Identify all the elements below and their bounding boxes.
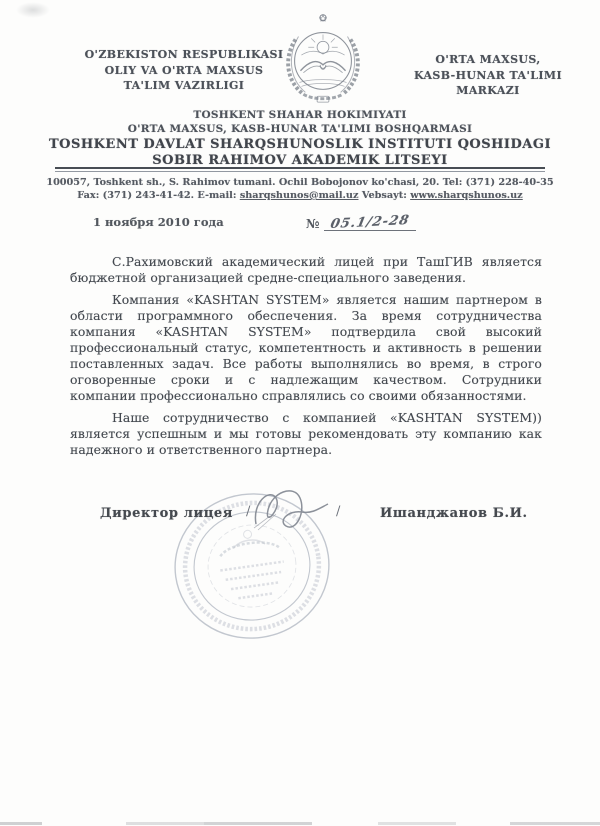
fax-label: Fax: (371) 243-41-42. E-mail: [77,190,240,201]
letter-number: №05.1/2-28 [306,214,416,231]
paragraph: С.Рахимовский академический лицей при Та… [70,254,542,286]
scan-edge-artifact [0,822,600,825]
org-line: OLIY VA O'RTA MAXSUS [58,63,310,79]
institute-name: TOSHKENT DAVLAT SHARQSHUNOSLIK INSTITUTI… [0,137,600,168]
center-name-right: O'RTA MAXSUS, KASB-HUNAR TA'LIMI MARKAZI [383,52,593,99]
org-line: MARKAZI [383,83,593,99]
ministry-name-left: O'ZBEKISTON RESPUBLIKASI OLIY VA O'RTA M… [58,47,310,94]
paragraph: Наше сотрудничество с компанией «KASHTAN… [70,410,542,458]
org-line: TA'LIM VAZIRLIGI [58,78,310,94]
letter-body: С.Рахимовский академический лицей при Та… [70,254,542,464]
number-label: № [306,216,320,231]
scanned-letter-page: O'ZBEKISTON RESPUBLIKASI OLIY VA O'RTA M… [0,0,600,826]
address-line-1: 100057, Toshkent sh., S. Rahimov tumani.… [0,176,600,189]
handwritten-signature [250,484,340,534]
org-line: KASB-HUNAR TA'LIMI [383,68,593,84]
signer-title: Директор лицея [100,506,233,521]
letterhead-divider [55,167,545,172]
institute-line-2: SOBIR RAHIMOV AKADEMIK LITSEYI [0,153,600,169]
number-line: 05.1/2-28 [324,214,416,231]
institute-line-1: TOSHKENT DAVLAT SHARQSHUNOSLIK INSTITUTI… [0,137,600,153]
authority-line-2: O'RTA MAXSUS, KASB-HUNAR TA'LIMI BOSHQAR… [0,122,600,136]
signature-slash: / [336,504,340,519]
contact-block: 100057, Toshkent sh., S. Rahimov tumani.… [0,176,600,202]
paragraph: Компания «KASHTAN SYSTEM» является нашим… [70,292,542,404]
uzbekistan-state-emblem-icon [274,10,372,108]
org-line: O'RTA MAXSUS, [383,52,593,68]
scan-smudge [16,2,50,18]
handwritten-number: 05.1/2-28 [329,213,411,232]
letter-date: 1 ноября 2010 года [93,215,224,229]
signer-name: Ишанджанов Б.И. [380,506,528,521]
signature-block: Директор лицея / / Ишанджанов Б.И. [100,502,540,542]
authority-lines: TOSHKENT SHAHAR HOKIMIYATI O'RTA MAXSUS,… [0,108,600,136]
email-text: sharqshunos@mail.uz [240,190,359,201]
website-label: Vebsayt: [358,190,410,201]
address-line-2: Fax: (371) 243-41-42. E-mail: sharqshuno… [0,189,600,202]
org-line: O'ZBEKISTON RESPUBLIKASI [58,47,310,63]
authority-line-1: TOSHKENT SHAHAR HOKIMIYATI [0,108,600,122]
website-text: www.sharqshunos.uz [410,190,522,201]
